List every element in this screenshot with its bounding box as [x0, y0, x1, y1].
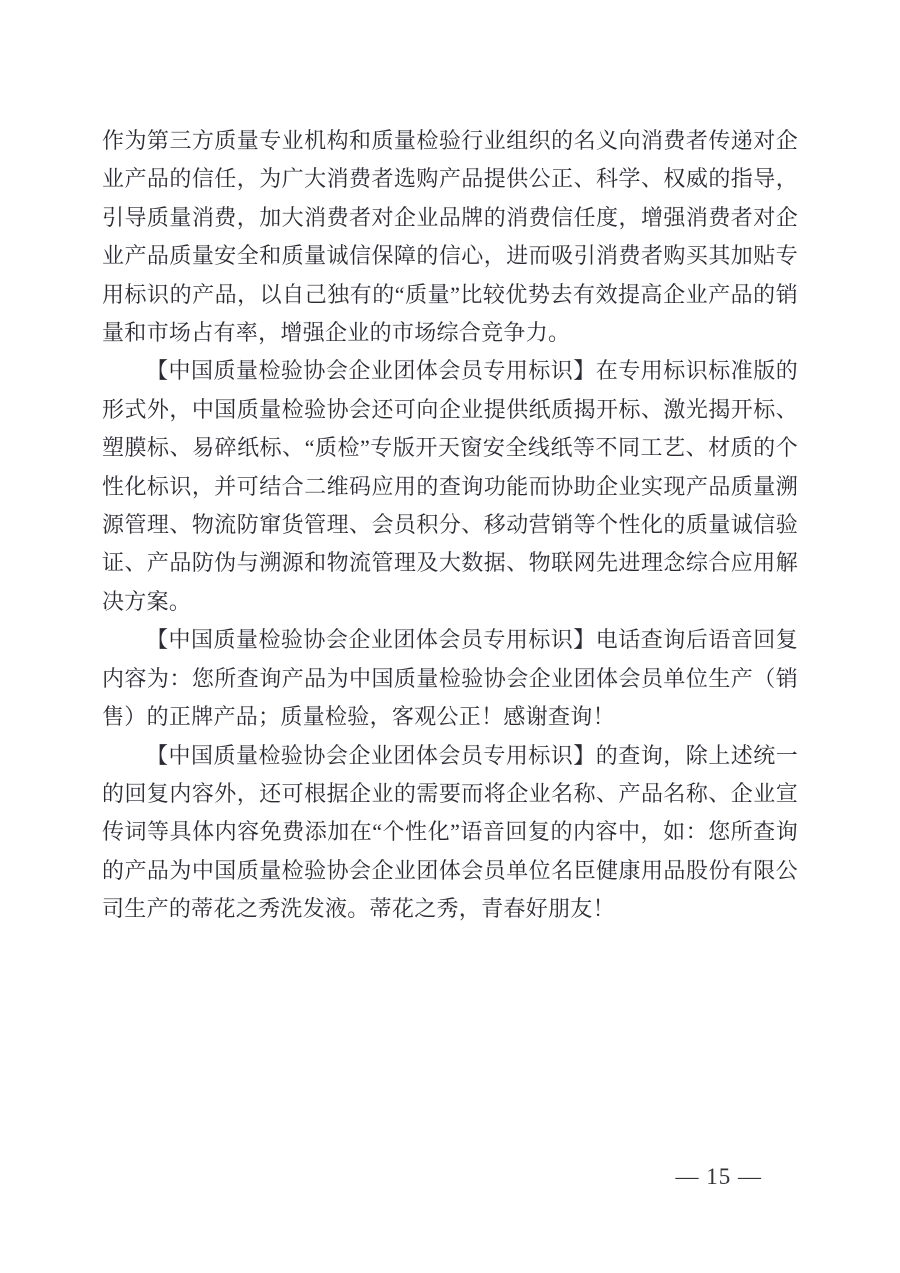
paragraph-4: 【中国质量检验协会企业团体会员专用标识】的查询，除上述统一的回复内容外，还可根据…	[102, 737, 798, 929]
paragraph-3: 【中国质量检验协会企业团体会员专用标识】电话查询后语音回复内容为：您所查询产品为…	[102, 621, 798, 736]
paragraph-1: 作为第三方质量专业机构和质量检验行业组织的名义向消费者传递对企业产品的信任，为广…	[102, 122, 798, 352]
page-body-text: 作为第三方质量专业机构和质量检验行业组织的名义向消费者传递对企业产品的信任，为广…	[102, 122, 798, 929]
page-footer: — 15 —	[0, 1164, 900, 1190]
document-page: 作为第三方质量专业机构和质量检验行业组织的名义向消费者传递对企业产品的信任，为广…	[0, 0, 900, 1273]
page-number: — 15 —	[676, 1164, 763, 1189]
paragraph-2: 【中国质量检验协会企业团体会员专用标识】在专用标识标准版的形式外，中国质量检验协…	[102, 352, 798, 621]
